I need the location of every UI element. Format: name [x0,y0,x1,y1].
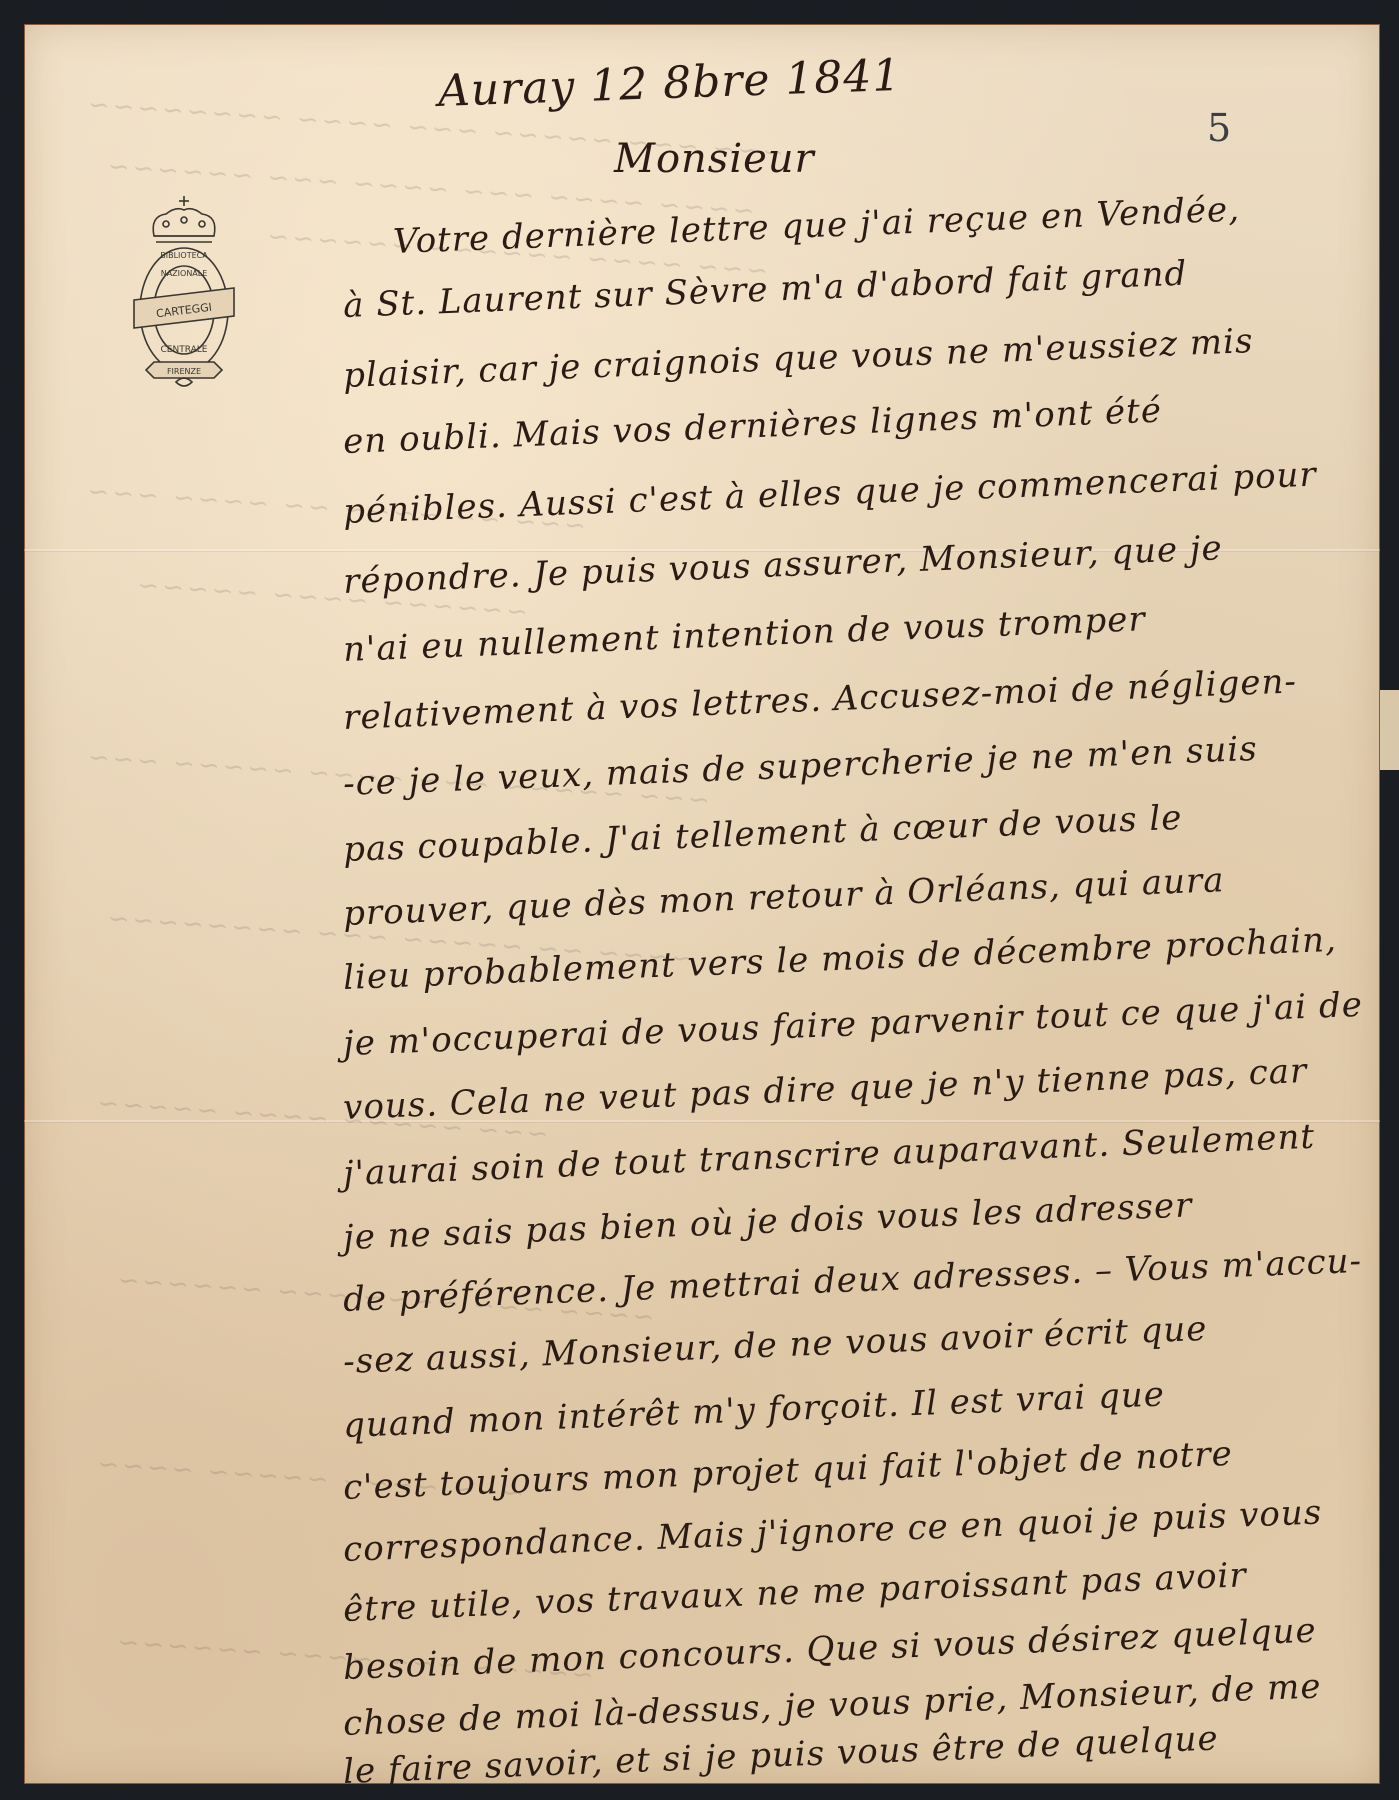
crown-seal-icon: BIBLIOTECA NAZIONALE CARTEGGI CENTRALE F… [132,192,236,392]
letter-line: relativement à vos lettres. Accusez-moi … [342,661,1297,738]
letter-line: quand mon intérêt m'y forçoit. Il est vr… [342,1374,1165,1446]
letter-line: répondre. Je puis vous assurer, Monsieur… [342,528,1223,602]
letter-line: prouver, que dès mon retour à Orléans, q… [342,860,1225,934]
letter-line: c'est toujours mon projet qui fait l'obj… [342,1434,1233,1508]
salutation: Monsieur [614,136,815,182]
letter-line: -ce je le veux, mais de supercherie je n… [342,729,1258,804]
letter-line: plaisir, car je craignois que vous ne m'… [342,321,1254,396]
letter-page: ~~~ ~~~ ~~~~~ ~~~ ~~~~ ~~~~~~~~ ~~~~ ~~~… [24,24,1380,1784]
paper-tab-edge [1380,690,1399,770]
letter-line: pénibles. Aussi c'est à elles que je com… [342,455,1317,532]
folio-number: 5 [1207,106,1232,150]
svg-text:NAZIONALE: NAZIONALE [161,269,208,278]
letter-line: vous. Cela ne veut pas dire que je n'y t… [342,1051,1308,1128]
letter-line: en oubli. Mais vos dernières lignes m'on… [342,391,1162,462]
library-stamp: BIBLIOTECA NAZIONALE CARTEGGI CENTRALE F… [132,192,236,392]
svg-text:BIBLIOTECA: BIBLIOTECA [160,251,208,260]
letter-line: de préférence. Je mettrai deux adresses.… [342,1241,1362,1320]
letter-line: pas coupable. J'ai tellement à cœur de v… [342,798,1183,870]
svg-text:CENTRALE: CENTRALE [161,345,208,355]
place-date-line: Auray 12 8bre 1841 [437,50,902,117]
scanned-letter: ~~~ ~~~ ~~~~~ ~~~ ~~~~ ~~~~~~~~ ~~~~ ~~~… [0,0,1399,1800]
letter-line: je ne sais pas bien où je dois vous les … [342,1185,1193,1258]
svg-text:FIRENZE: FIRENZE [167,367,201,376]
letter-line: je m'occuperai de vous faire parvenir to… [342,985,1363,1064]
